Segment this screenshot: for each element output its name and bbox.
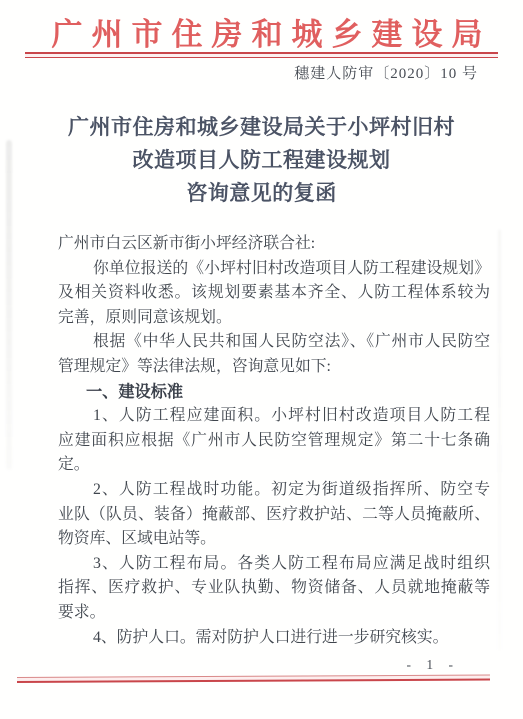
body-line: 业队（队员、装备）掩蔽部、医疗救护站、二等人员掩蔽所、 bbox=[58, 503, 490, 528]
body-line: 4、防护人口。需对防护人口进行进一步研究核实。 bbox=[58, 626, 490, 651]
document-title: 广州市住房和城乡建设局关于小坪村旧村 改造项目人防工程建设规划 咨询意见的复函 bbox=[0, 111, 523, 210]
body-line: 完善，原则同意该规划。 bbox=[58, 306, 490, 331]
salutation: 广州市白云区新市街小坪经济联合社: bbox=[58, 232, 490, 257]
document-title-line: 咨询意见的复函 bbox=[0, 177, 523, 210]
scan-artifact-right bbox=[498, 230, 501, 650]
body-line: 3、人防工程布局。各类人防工程布局应满足战时组织 bbox=[58, 552, 490, 577]
document-title-line: 广州市住房和城乡建设局关于小坪村旧村 bbox=[0, 111, 523, 144]
body-line: 你单位报送的《小坪村旧村改造项目人防工程建设规划》 bbox=[58, 257, 490, 282]
body-line: 1、人防工程应建面积。小坪村旧村改造项目人防工程 bbox=[58, 404, 490, 429]
body-line: 管理规定》等法律法规，咨询意见如下: bbox=[58, 355, 490, 380]
body-line: 应建面积应根据《广州市人民防空管理规定》第二十七条确 bbox=[58, 429, 490, 454]
document-body: 广州市白云区新市街小坪经济联合社: 你单位报送的《小坪村旧村改造项目人防工程建设… bbox=[58, 232, 490, 650]
body-line: 定。 bbox=[58, 453, 490, 478]
body-line: 根据《中华人民共和国人民防空法》、《广州市人民防空 bbox=[58, 330, 490, 355]
section-heading: 一、建设标准 bbox=[58, 380, 490, 405]
body-line: 2、人防工程战时功能。初定为街道级指挥所、防空专 bbox=[58, 478, 490, 503]
document-page: 广州市住房和城乡建设局 穗建人防审〔2020〕10 号 广州市住房和城乡建设局关… bbox=[0, 0, 523, 719]
letterhead-divider bbox=[25, 52, 498, 58]
footer-divider bbox=[17, 675, 490, 683]
document-title-line: 改造项目人防工程建设规划 bbox=[0, 144, 523, 177]
body-line: 及相关资料收悉。该规划要素基本齐全、人防工程体系较为 bbox=[58, 281, 490, 306]
body-line: 物资库、区域电站等。 bbox=[58, 527, 490, 552]
agency-letterhead: 广州市住房和城乡建设局 bbox=[10, 9, 523, 54]
body-line: 要求。 bbox=[58, 601, 490, 626]
page-number: - 1 - bbox=[407, 657, 460, 673]
document-number: 穗建人防审〔2020〕10 号 bbox=[294, 62, 478, 83]
body-line: 指挥、医疗救护、专业队执勤、物资储备、人员就地掩蔽等 bbox=[58, 576, 490, 601]
